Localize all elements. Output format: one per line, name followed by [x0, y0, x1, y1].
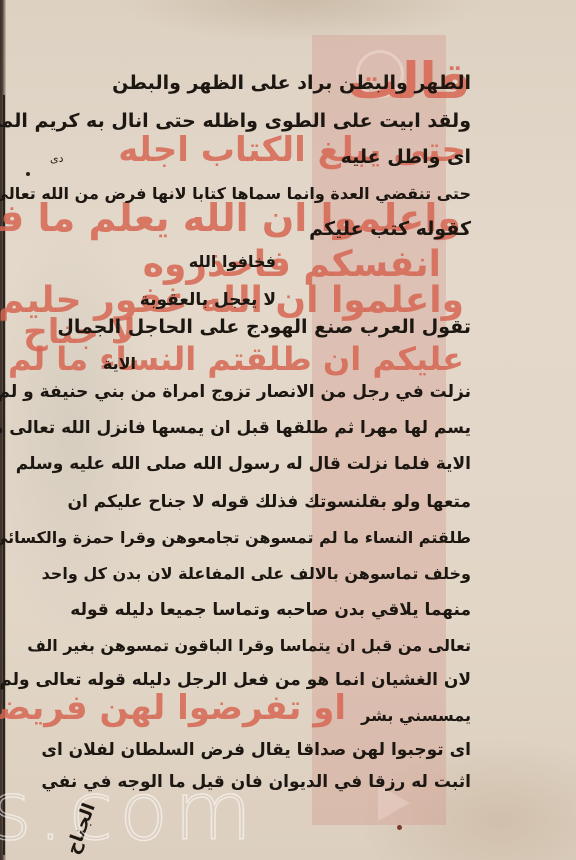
text-line-13: متعها ولو بقلنسوتك فذلك قوله لا جناح علي… — [68, 492, 471, 512]
text-line-20: اى توجبوا لهن صداقا يقال فرض السلطان لفل… — [41, 740, 471, 760]
text-line-3: اى واطل عليه — [341, 146, 471, 168]
ink-stain — [397, 825, 402, 830]
text-line-2: ولقد ابيت على الطوى واظله حتى انال به كر… — [0, 110, 471, 132]
text-line-9: الاية — [103, 354, 136, 373]
manuscript-page: قالت حتى يبلغ الكتاب اجله واعلموا ان الل… — [0, 0, 576, 860]
watermark-text: s.com — [0, 772, 258, 852]
ink-dot — [26, 172, 30, 176]
red-line-4: انفسكم فاحذروه — [143, 244, 441, 285]
text-line-14: طلقتم النساء ما لم تمسوهن تجامعوهن وقرا … — [0, 528, 471, 547]
red-line-7: عليكم ان طلقتم النساء ما لم تمسوهن — [0, 340, 464, 378]
margin-note: دى — [50, 152, 64, 165]
text-line-11: يسم لها مهرا ثم طلقها قبل ان يمسها فانزل… — [0, 418, 471, 438]
text-line-6: فخافوا الله — [189, 252, 276, 271]
text-line-10: نزلت في رجل من الانصار تزوج امراة من بني… — [0, 382, 471, 402]
text-line-19: يمسسني بشر — [361, 706, 471, 725]
text-line-4: حتى تنقضي العدة وانما سماها كتابا لانها … — [0, 184, 471, 203]
text-line-18: لان الغشيان انما هو من فعل الرجل دليله ق… — [0, 670, 471, 690]
text-line-12: الاية فلما نزلت قال له رسول الله صلى الل… — [16, 454, 471, 474]
red-line-8: او تفرضوا لهن فريضة — [0, 688, 346, 728]
text-line-8: تقول العرب صنع الهودج على الحاجل الجمال — [57, 316, 471, 338]
text-line-16: منهما يلاقي بدن صاحبه وتماسا جميعا دليله… — [70, 600, 471, 620]
text-line-5: كقوله كتب عليكم — [309, 218, 471, 240]
text-line-15: وخلف تماسوهن بالالف على المفاعلة لان بدن… — [42, 564, 471, 583]
text-line-7: لا يعجل بالعقوبة — [140, 290, 276, 310]
text-line-17: تعالى من قبل ان يتماسا وقرا الباقون تمسو… — [27, 636, 471, 655]
text-line-1: الطهر والبطن براد على الظهر والبطن — [112, 72, 471, 94]
